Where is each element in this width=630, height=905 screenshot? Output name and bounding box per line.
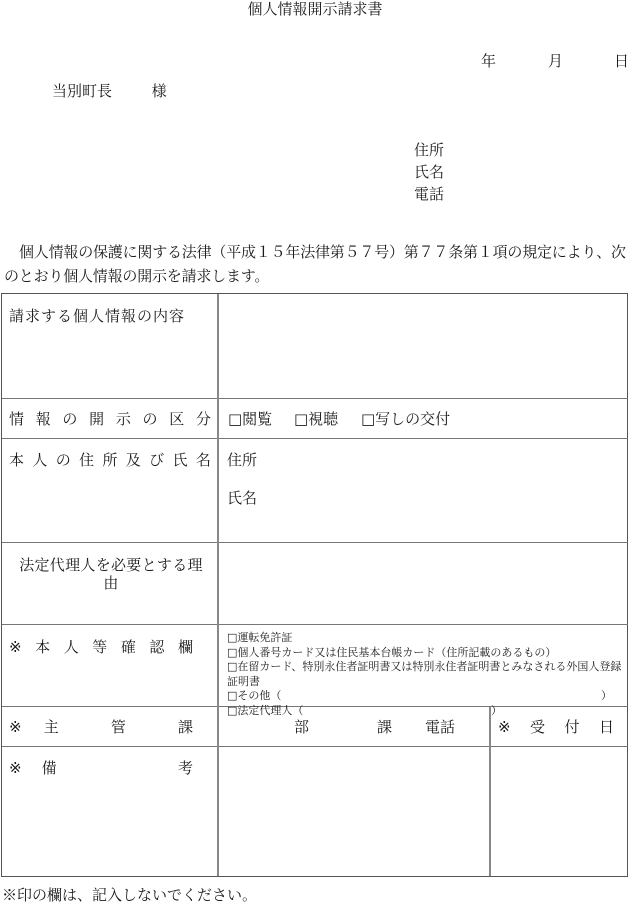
addressee: 当別町長 様 bbox=[52, 80, 167, 101]
checkbox-residence-card[interactable]: □在留カード、特別永住者証明書又は特別永住者証明書とみなされる外国人登録証明書 bbox=[227, 660, 627, 689]
label-requested-info: 請求する個人情報の内容 bbox=[9, 307, 185, 325]
label-line: 法定代理人を必要とする理 bbox=[9, 556, 213, 574]
label-char: 課 bbox=[178, 718, 193, 736]
label-char: の bbox=[62, 410, 77, 428]
phone-label: 電話 bbox=[425, 718, 455, 736]
department-label: 部 bbox=[294, 718, 309, 736]
document-title: 個人情報開示請求書 bbox=[0, 0, 630, 18]
row-divider bbox=[2, 398, 628, 399]
applicant-address-label: 住所 bbox=[414, 139, 444, 161]
legal-rep-reason-field[interactable] bbox=[222, 546, 622, 621]
label-char: 受 bbox=[530, 718, 545, 736]
label-identity-verification: ※ 本 人 等 確 認 欄 bbox=[9, 638, 193, 656]
close-paren: ） bbox=[491, 704, 502, 719]
label-char: 分 bbox=[196, 410, 211, 428]
row-divider bbox=[2, 746, 628, 747]
label-char: 主 bbox=[44, 718, 59, 736]
label-char: 区 bbox=[169, 410, 184, 428]
label-line: 由 bbox=[9, 574, 213, 592]
label-char: 本 bbox=[35, 638, 50, 656]
reception-date-field[interactable] bbox=[494, 750, 624, 872]
label-char: 付 bbox=[565, 718, 580, 736]
label-char: 確 bbox=[121, 638, 136, 656]
checkbox-drivers-license[interactable]: □運転免許証 bbox=[227, 631, 627, 646]
remarks-field[interactable] bbox=[222, 750, 486, 872]
column-divider bbox=[489, 707, 491, 876]
requested-info-field[interactable] bbox=[222, 296, 622, 396]
person-name-label: 氏名 bbox=[227, 489, 257, 507]
label-char: 報 bbox=[36, 410, 51, 428]
label-char: 氏 bbox=[173, 451, 188, 469]
intro-paragraph: 個人情報の保護に関する法律（平成１５年法律第５７号）第７７条第１項の規定により、… bbox=[4, 240, 630, 288]
label-char: 考 bbox=[178, 759, 193, 777]
option-label: □その他（ bbox=[227, 689, 281, 702]
request-form-table: 請求する個人情報の内容 情 報 の 開 示 の 区 分 □閲覧 □視聴 □写しの… bbox=[1, 293, 628, 877]
label-char: ※ bbox=[498, 718, 511, 736]
person-address-label: 住所 bbox=[227, 451, 257, 469]
label-char: 管 bbox=[111, 718, 126, 736]
label-char: 情 bbox=[9, 410, 24, 428]
addressee-honorific: 様 bbox=[152, 82, 167, 100]
label-remarks: ※ 備 考 bbox=[9, 759, 193, 777]
label-char: 本 bbox=[9, 451, 24, 469]
column-divider bbox=[217, 294, 219, 876]
label-char: 認 bbox=[149, 638, 164, 656]
option-label: □法定代理人（ bbox=[227, 704, 303, 717]
id-document-list: □運転免許証 □個人番号カード又は住民基本台帳カード（住所記載のあるもの） □在… bbox=[227, 631, 627, 718]
label-person-address-name: 本 人 の 住 所 及 び 氏 名 bbox=[9, 451, 211, 469]
close-paren: ） bbox=[601, 689, 612, 704]
label-char: ※ bbox=[9, 718, 22, 736]
label-char: の bbox=[56, 451, 71, 469]
row-divider bbox=[2, 542, 628, 543]
label-char: 及 bbox=[126, 451, 141, 469]
section-label: 課 bbox=[377, 718, 392, 736]
label-char: 人 bbox=[32, 451, 47, 469]
label-managing-section: ※ 主 管 課 bbox=[9, 718, 193, 736]
label-char: 所 bbox=[102, 451, 117, 469]
checkbox-other[interactable]: □その他（ ） bbox=[227, 689, 612, 704]
label-char: 名 bbox=[196, 451, 211, 469]
label-char: ※ bbox=[9, 638, 22, 656]
label-char: 住 bbox=[79, 451, 94, 469]
label-disclosure-type: 情 報 の 開 示 の 区 分 bbox=[9, 410, 211, 428]
label-char: 日 bbox=[599, 718, 614, 736]
applicant-phone-label: 電話 bbox=[414, 183, 444, 205]
checkbox-option-view[interactable]: □閲覧 bbox=[228, 410, 272, 428]
label-char: の bbox=[143, 410, 158, 428]
checkbox-my-number-card[interactable]: □個人番号カード又は住民基本台帳カード（住所記載のあるもの） bbox=[227, 646, 627, 661]
label-char: 等 bbox=[92, 638, 107, 656]
label-char: 欄 bbox=[178, 638, 193, 656]
row-divider bbox=[2, 438, 628, 439]
checkbox-legal-representative[interactable]: □法定代理人（ ） bbox=[227, 704, 502, 719]
label-char: び bbox=[149, 451, 164, 469]
date-year-label: 年 bbox=[481, 50, 496, 71]
label-char: 開 bbox=[89, 410, 104, 428]
checkbox-option-audiovisual[interactable]: □視聴 bbox=[294, 410, 338, 428]
label-char: ※ bbox=[9, 759, 22, 777]
addressee-name: 当別町長 bbox=[52, 82, 112, 100]
date-month-label: 月 bbox=[548, 50, 563, 71]
checkbox-option-copy[interactable]: □写しの交付 bbox=[361, 410, 450, 428]
applicant-name-label: 氏名 bbox=[414, 161, 444, 183]
label-char: 人 bbox=[64, 638, 79, 656]
label-char: 示 bbox=[116, 410, 131, 428]
footnote: ※印の欄は、記入しないでください。 bbox=[2, 884, 257, 905]
date-day-label: 日 bbox=[614, 50, 629, 71]
label-legal-rep-reason: 法定代理人を必要とする理 由 bbox=[9, 556, 213, 592]
label-reception-date: ※ 受 付 日 bbox=[498, 718, 614, 736]
row-divider bbox=[2, 624, 628, 625]
label-char: 備 bbox=[42, 759, 57, 777]
